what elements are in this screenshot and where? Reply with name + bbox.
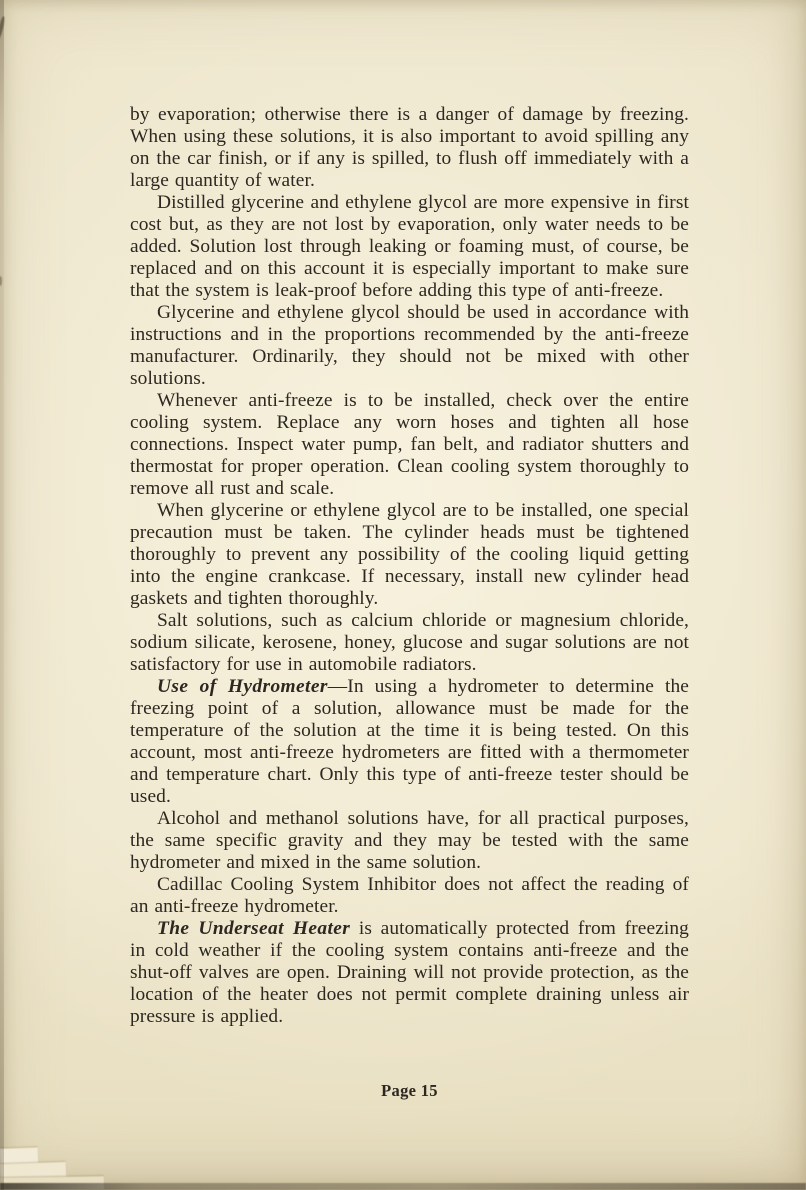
paragraph: Salt solutions, such as calcium chloride… xyxy=(130,610,689,676)
paragraph-lead: The Underseat Heater xyxy=(157,918,350,939)
scan-edge-shadow-left xyxy=(0,0,4,1190)
paragraph: by evaporation; otherwise there is a dan… xyxy=(130,104,689,192)
paragraph-text: When glycerine or ethylene glycol are to… xyxy=(130,500,689,609)
paragraph-text: Salt solutions, such as calcium chloride… xyxy=(130,610,689,675)
paragraph: The Underseat Heater is automatically pr… xyxy=(130,918,689,1028)
paragraph: When glycerine or ethylene glycol are to… xyxy=(130,500,689,610)
paragraph-text: by evaporation; otherwise there is a dan… xyxy=(130,104,689,191)
paragraph-text: Whenever anti-freeze is to be installed,… xyxy=(130,390,689,499)
paragraph-lead: Use of Hydrometer xyxy=(157,676,328,697)
paragraph: Whenever anti-freeze is to be installed,… xyxy=(130,390,689,500)
paragraph: Cadillac Cooling System Inhibitor does n… xyxy=(130,874,689,918)
page-number: Page 15 xyxy=(130,1081,689,1101)
paragraph-text: Glycerine and ethylene glycol should be … xyxy=(130,302,689,389)
scanned-page: by evaporation; otherwise there is a dan… xyxy=(0,0,806,1190)
paragraph: Distilled glycerine and ethylene glycol … xyxy=(130,192,689,302)
scan-edge-shadow-bottom xyxy=(0,1183,806,1190)
paragraph: Alcohol and methanol solutions have, for… xyxy=(130,808,689,874)
page-text: by evaporation; otherwise there is a dan… xyxy=(130,104,689,1028)
paragraph: Use of Hydrometer—In using a hydrometer … xyxy=(130,676,689,808)
paragraph-text: Cadillac Cooling System Inhibitor does n… xyxy=(130,874,689,917)
paragraph-text: Alcohol and methanol solutions have, for… xyxy=(130,808,689,873)
paragraph-text: Distilled glycerine and ethylene glycol … xyxy=(130,192,689,301)
paragraph: Glycerine and ethylene glycol should be … xyxy=(130,302,689,390)
